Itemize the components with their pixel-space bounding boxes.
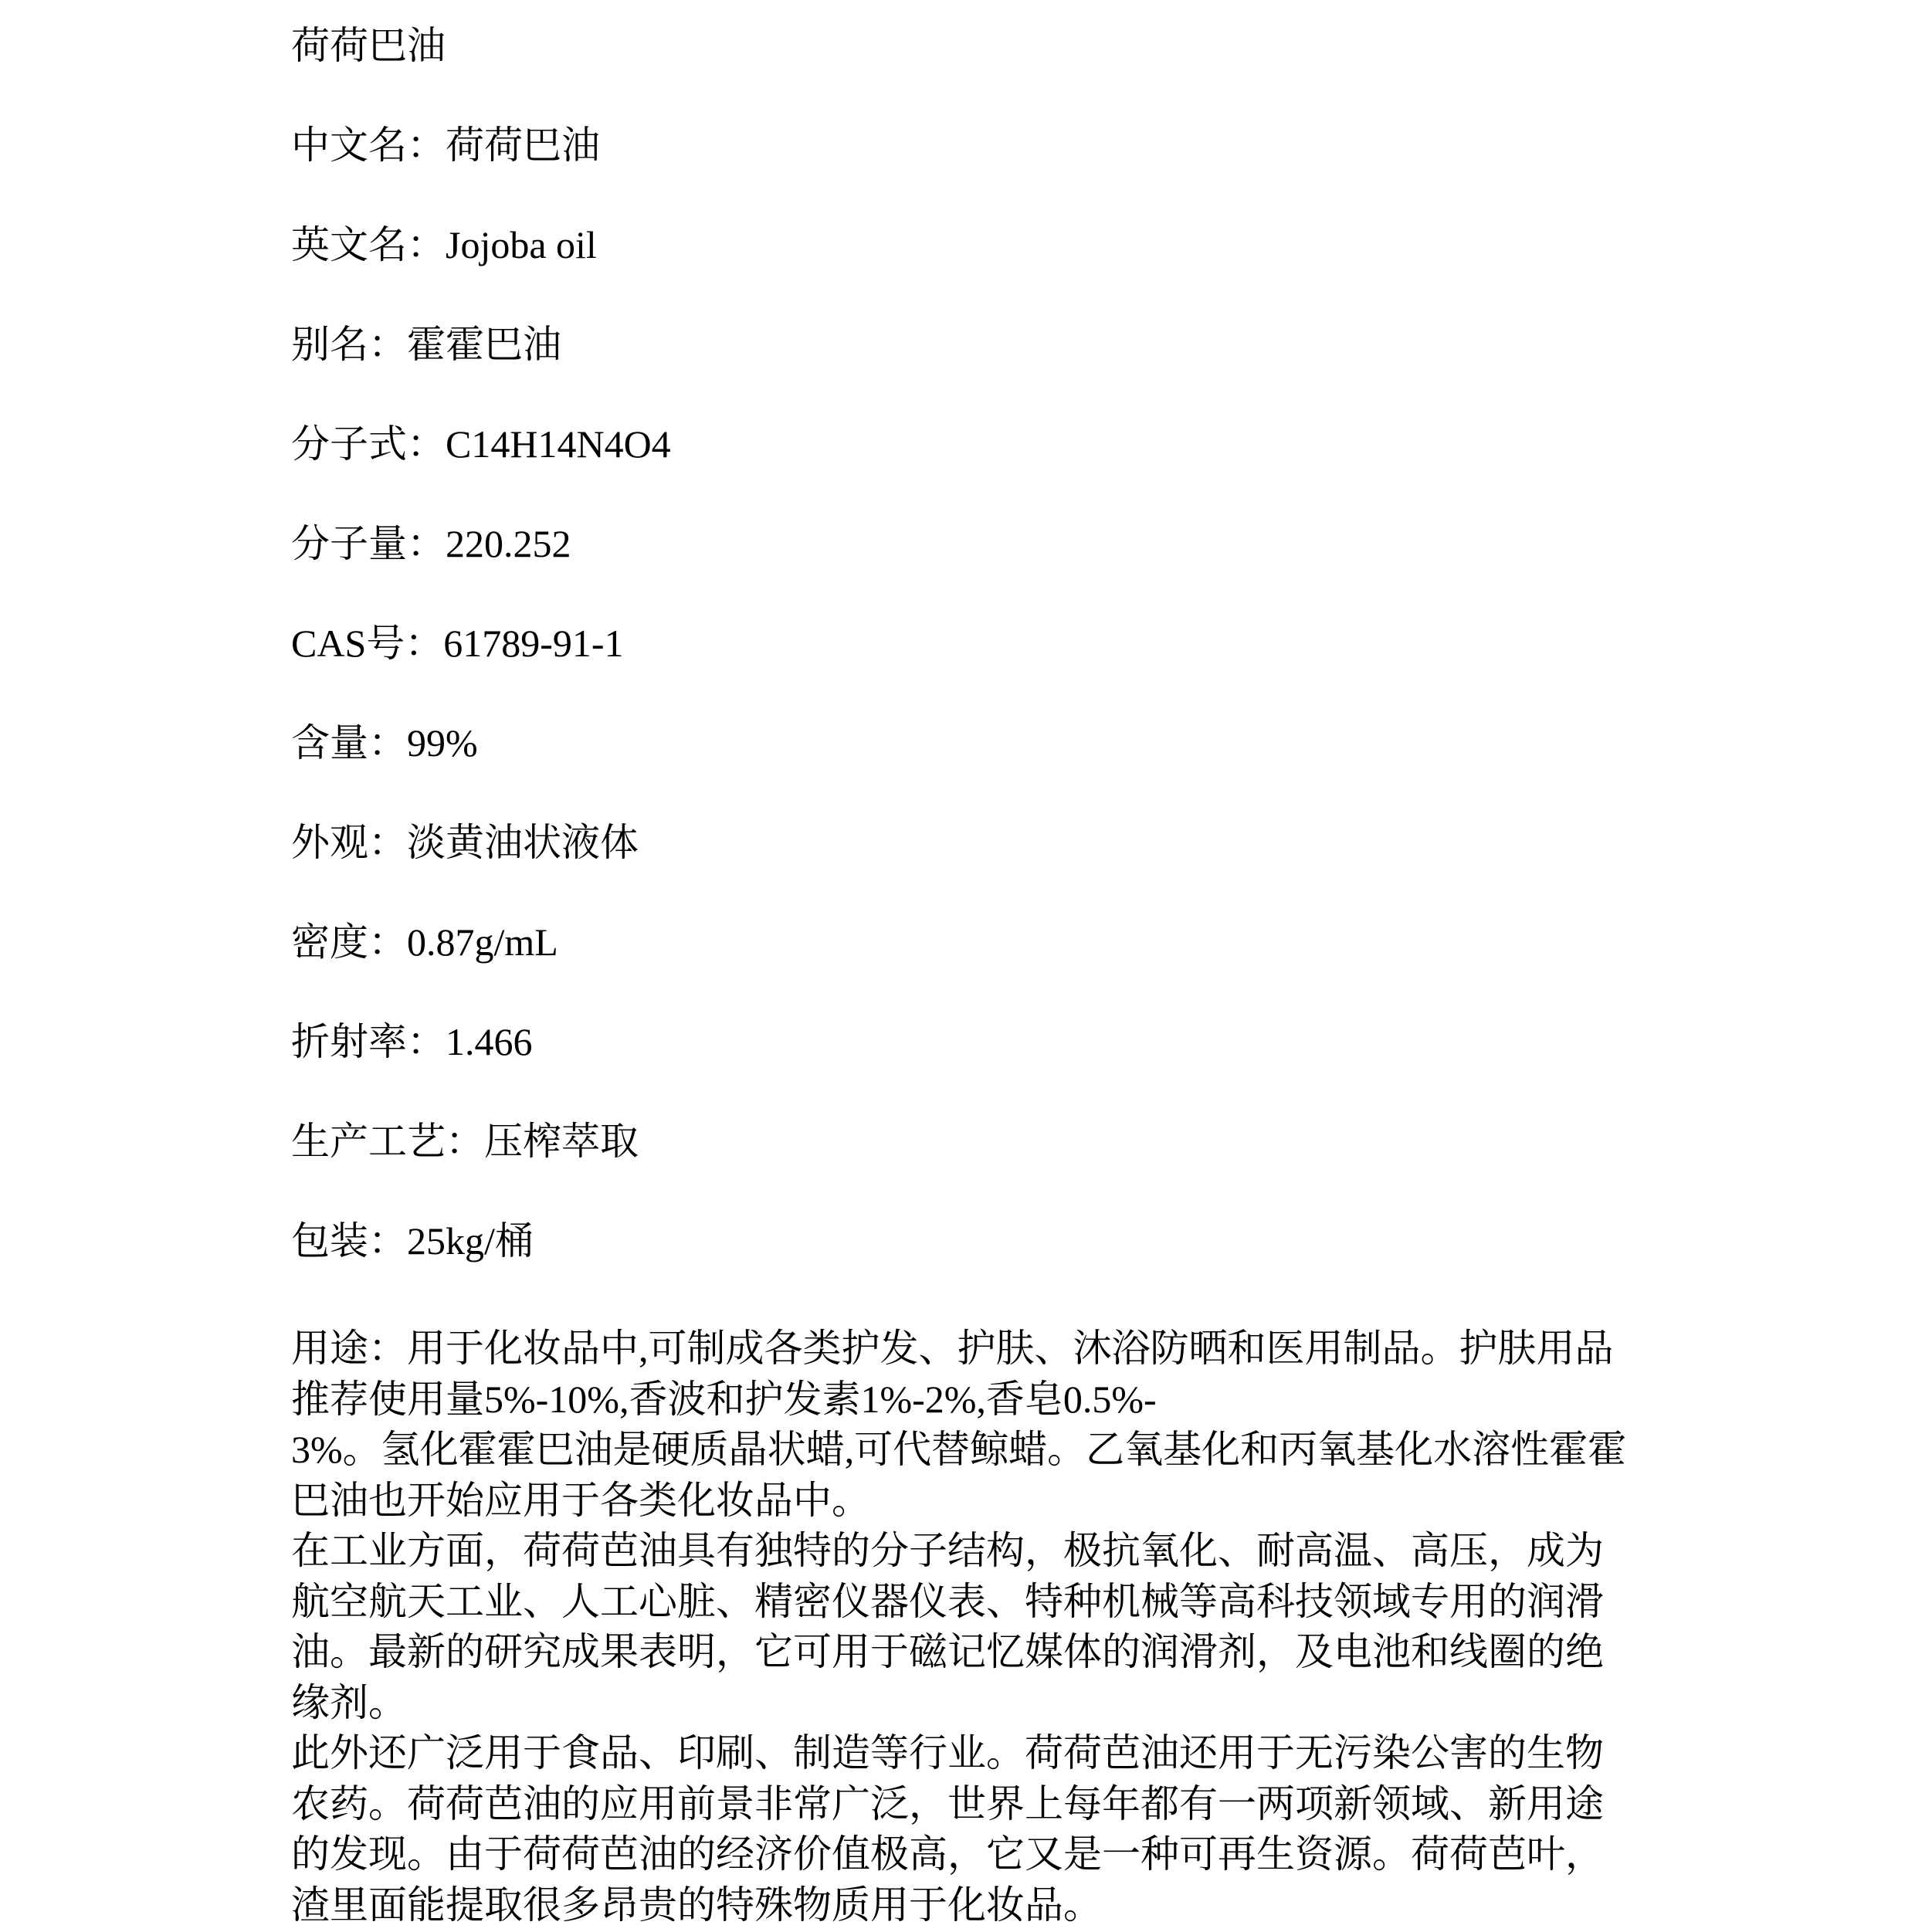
field-alias-value: 霍霍巴油	[407, 323, 561, 366]
field-content-purity-value: 99%	[407, 721, 478, 764]
field-appearance: 外观：淡黄油状液体	[291, 819, 1835, 918]
field-packaging-label: 包装：	[291, 1219, 407, 1263]
field-refractive-index: 折射率：1.466	[291, 1018, 1835, 1117]
field-cas-number-label: CAS号：	[291, 622, 443, 665]
field-molecular-weight-value: 220.252	[446, 522, 571, 565]
usage-line-8: 缘剂。	[291, 1678, 1835, 1729]
usage-line-9: 此外还广泛用于食品、印刷、制造等行业。荷荷芭油还用于无污染公害的生物	[291, 1728, 1835, 1779]
field-density: 密度：0.87g/mL	[291, 918, 1835, 1018]
field-density-label: 密度：	[291, 920, 407, 964]
field-english-name-label: 英文名：	[291, 223, 446, 266]
field-molecular-weight-label: 分子量：	[291, 522, 446, 565]
field-molecular-formula: 分子式：C14H14N4O4	[291, 420, 1835, 520]
field-english-name-value: Jojoba oil	[446, 223, 597, 266]
field-density-value: 0.87g/mL	[407, 920, 558, 964]
field-refractive-index-value: 1.466	[446, 1020, 533, 1063]
field-production-process: 生产工艺：压榨萃取	[291, 1117, 1835, 1217]
field-molecular-formula-label: 分子式：	[291, 422, 446, 466]
field-alias: 别名：霍霍巴油	[291, 320, 1835, 420]
usage-line-4: 巴油也开始应用于各类化妆品中。	[291, 1476, 1835, 1527]
usage-line-3: 3%。氢化霍霍巴油是硬质晶状蜡,可代替鲸蜡。乙氧基化和丙氧基化水溶性霍霍	[291, 1425, 1835, 1476]
usage-line-2: 推荐使用量5%-10%,香波和护发素1%-2%,香皂0.5%-	[291, 1374, 1835, 1425]
field-alias-label: 别名：	[291, 323, 407, 366]
usage-line-12: 渣里面能提取很多昂贵的特殊物质用于化妆品。	[291, 1880, 1835, 1931]
field-chinese-name: 中文名：荷荷巴油	[291, 121, 1835, 221]
field-appearance-value: 淡黄油状液体	[407, 821, 639, 864]
usage-line-11: 的发现。由于荷荷芭油的经济价值极高，它又是一种可再生资源。荷荷芭叶，	[291, 1829, 1835, 1880]
field-packaging: 包装：25kg/桶	[291, 1217, 1835, 1317]
field-content-purity: 含量：99%	[291, 719, 1835, 819]
usage-line-5: 在工业方面，荷荷芭油具有独特的分子结构，极抗氧化、耐高温、高压，成为	[291, 1526, 1835, 1577]
field-chinese-name-value: 荷荷巴油	[446, 124, 600, 167]
field-molecular-weight: 分子量：220.252	[291, 520, 1835, 619]
field-cas-number-value: 61789-91-1	[443, 622, 623, 665]
field-production-process-label: 生产工艺：	[291, 1120, 484, 1163]
field-refractive-index-label: 折射率：	[291, 1020, 446, 1063]
field-cas-number: CAS号：61789-91-1	[291, 619, 1835, 719]
document-page: 荷荷巴油 中文名：荷荷巴油 英文名：Jojoba oil 别名：霍霍巴油 分子式…	[291, 22, 1835, 1930]
document-title: 荷荷巴油	[291, 22, 1835, 121]
usage-line-10: 农药。荷荷芭油的应用前景非常广泛，世界上每年都有一两项新领域、新用途	[291, 1779, 1835, 1830]
field-chinese-name-label: 中文名：	[291, 124, 446, 167]
field-production-process-value: 压榨萃取	[484, 1120, 639, 1163]
field-english-name: 英文名：Jojoba oil	[291, 221, 1835, 320]
usage-line-7: 油。最新的研究成果表明，它可用于磁记忆媒体的润滑剂，及电池和线圈的绝	[291, 1627, 1835, 1678]
usage-line-6: 航空航天工业、人工心脏、精密仪器仪表、特种机械等高科技领域专用的润滑	[291, 1577, 1835, 1628]
usage-line-1: 用途：用于化妆品中,可制成各类护发、护肤、沐浴防晒和医用制品。护肤用品	[291, 1324, 1835, 1374]
usage-paragraph: 用途：用于化妆品中,可制成各类护发、护肤、沐浴防晒和医用制品。护肤用品 推荐使用…	[291, 1324, 1835, 1930]
field-molecular-formula-value: C14H14N4O4	[446, 422, 671, 466]
field-content-purity-label: 含量：	[291, 721, 407, 764]
field-appearance-label: 外观：	[291, 821, 407, 864]
field-packaging-value: 25kg/桶	[407, 1219, 534, 1263]
